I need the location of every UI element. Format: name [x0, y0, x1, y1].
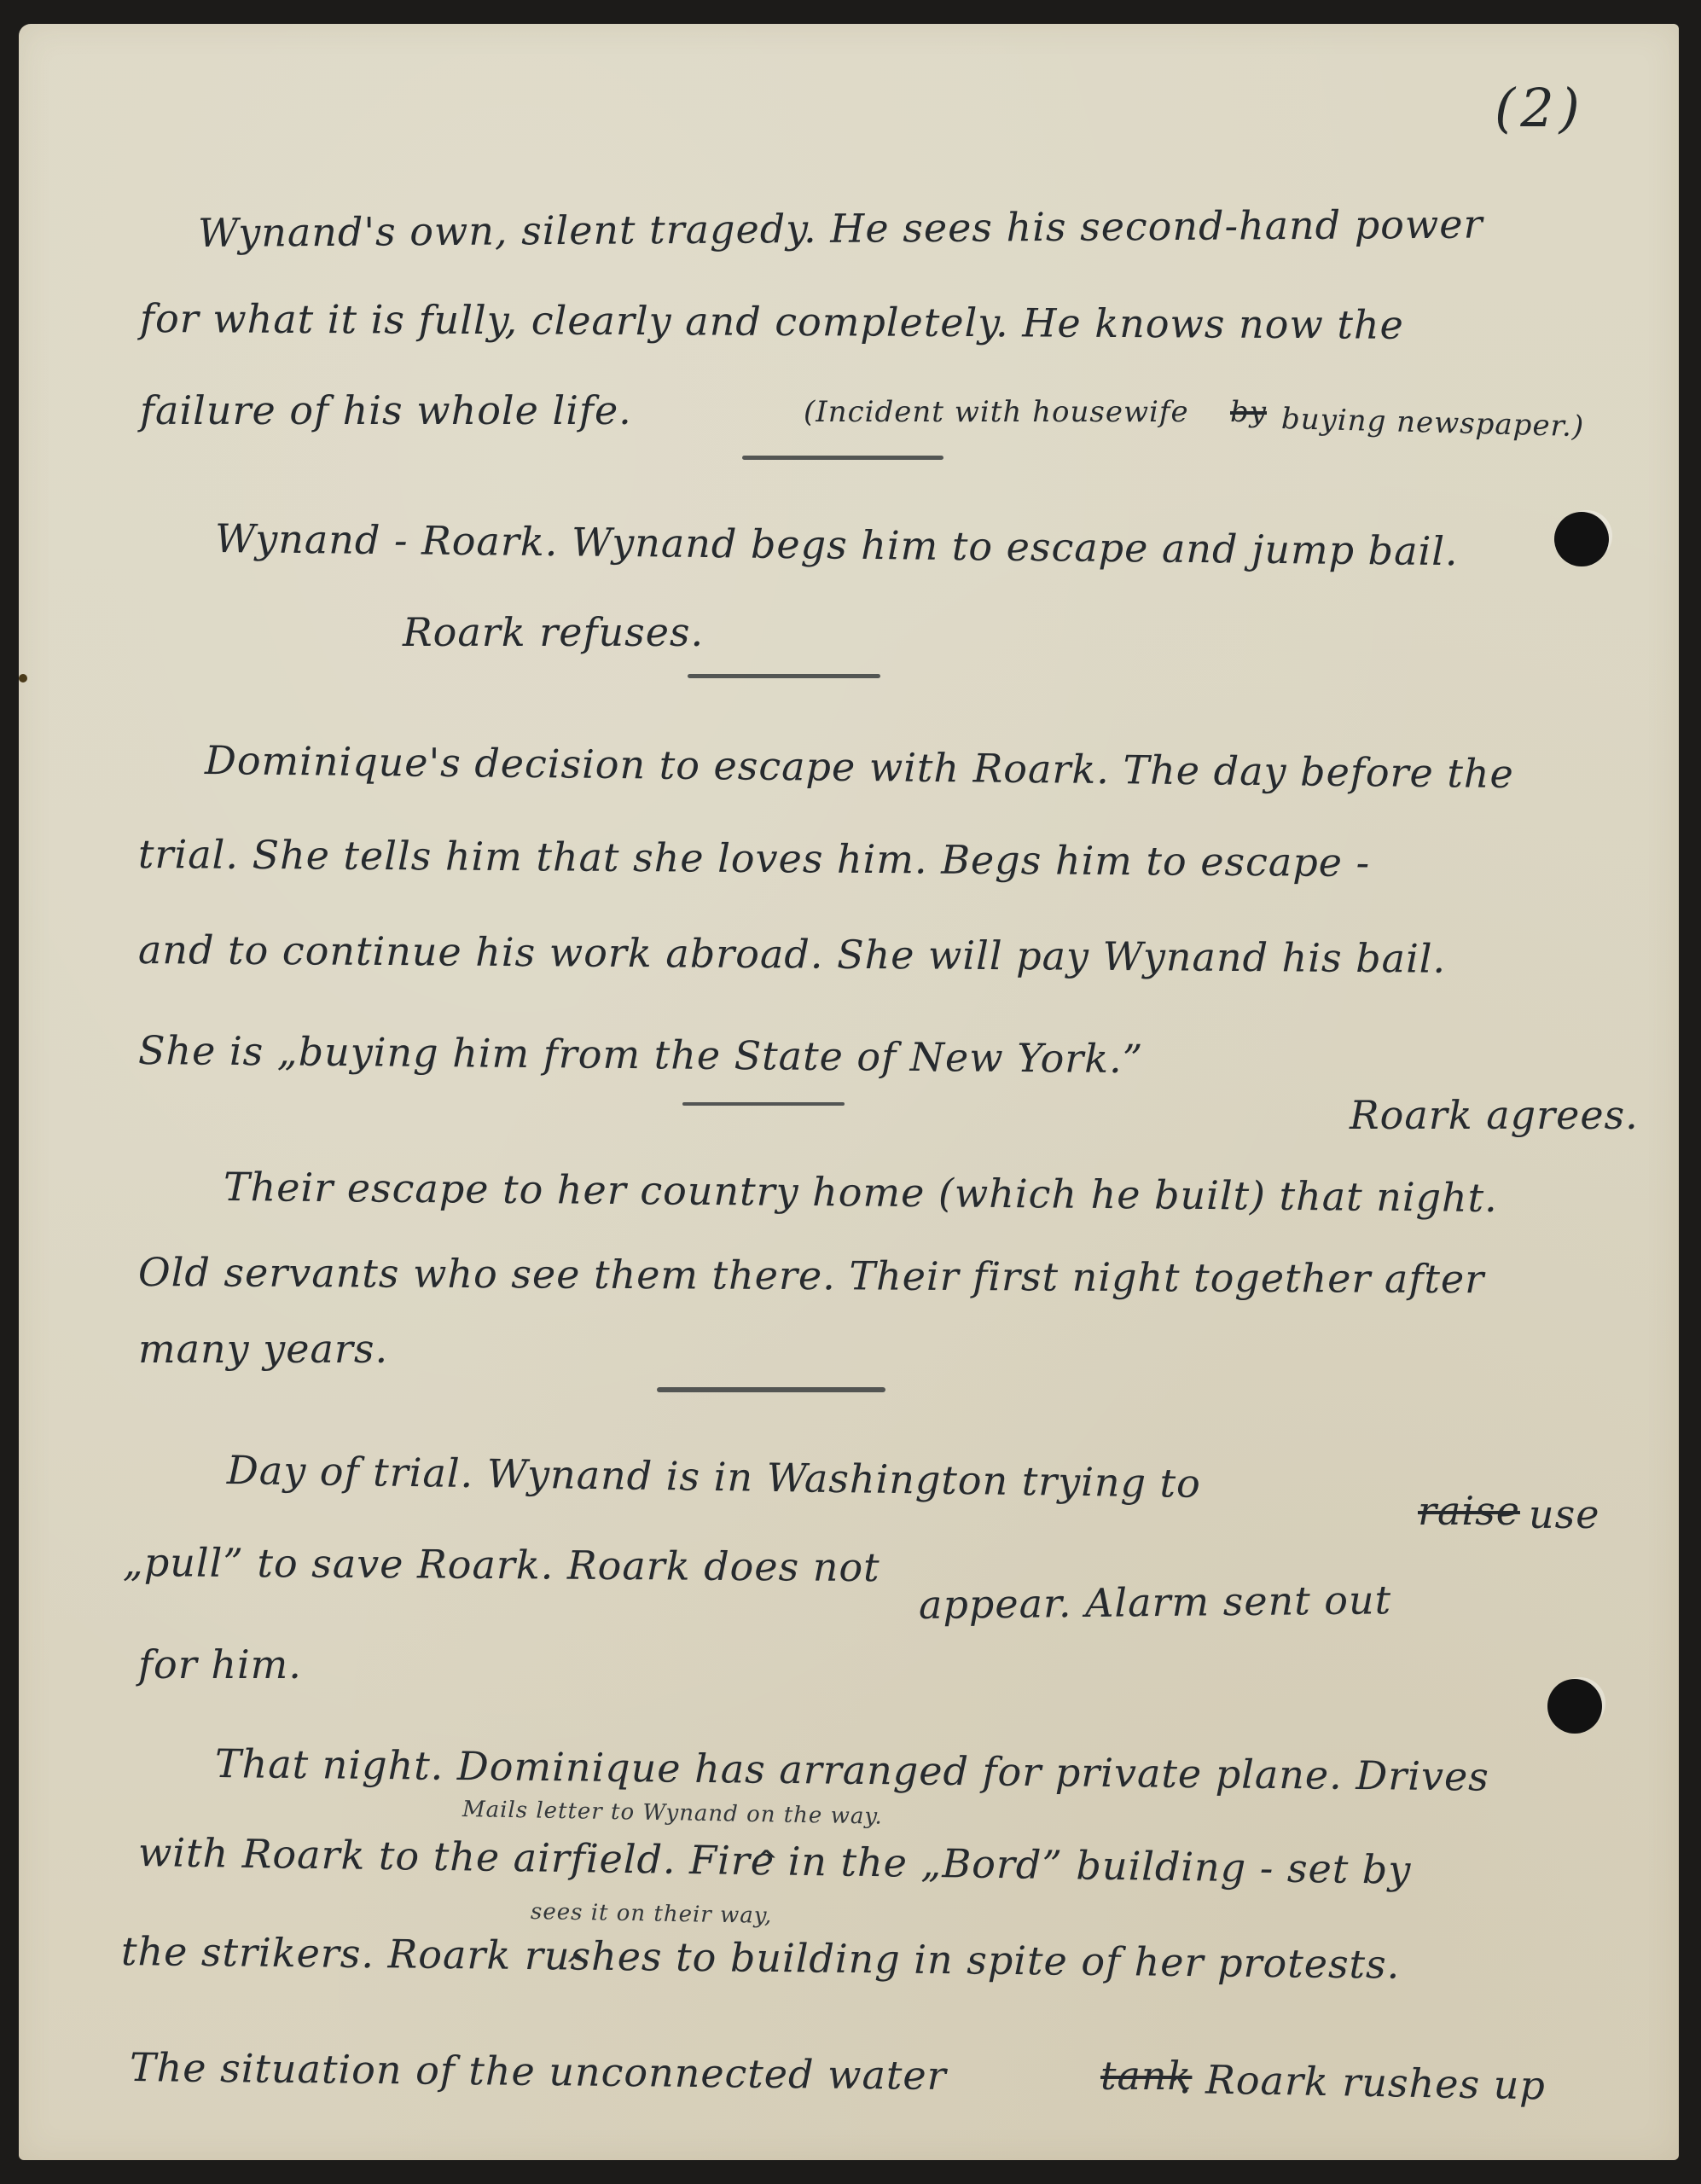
- note-buying-newspaper: buying newspaper.): [1281, 404, 1585, 441]
- section-divider-4: [657, 1387, 885, 1392]
- line-wynand-roark: Wynand - Roark. Wynand begs him to escap…: [215, 519, 1459, 571]
- line-dominique-decision: Dominique's decision to escape with Roar…: [205, 741, 1514, 793]
- punch-hole-upper: [1554, 512, 1609, 566]
- line-continue-work: and to continue his work abroad. She wil…: [138, 930, 1446, 979]
- line-their-escape: Their escape to her country home (which …: [224, 1167, 1498, 1217]
- line-for-what-it-is: for what it is fully, clearly and comple…: [140, 299, 1404, 345]
- page-number: (2): [1495, 77, 1585, 139]
- struck-word-raise: raise: [1418, 1491, 1520, 1531]
- line-wynand-tragedy: Wynand's own, silent tragedy. He sees hi…: [198, 204, 1483, 253]
- insertion-mails-letter: Mails letter to Wynand on the way.: [462, 1798, 883, 1828]
- manuscript-page: (2) Wynand's own, silent tragedy. He see…: [19, 24, 1679, 2160]
- ink-speck: [19, 674, 27, 682]
- punch-hole-lower: [1547, 1679, 1602, 1734]
- line-old-servants: Old servants who see them there. Their f…: [138, 1252, 1484, 1298]
- line-failure: failure of his whole life.: [140, 391, 632, 430]
- section-divider-3: [682, 1102, 845, 1106]
- line-appear-alarm: appear. Alarm sent out: [919, 1580, 1392, 1624]
- insertion-caret-2: ^: [565, 1949, 589, 1983]
- line-trial-loves: trial. She tells him that she loves him.…: [138, 834, 1370, 882]
- note-incident: (Incident with housewife: [804, 398, 1189, 427]
- line-pull-to-save: „pull” to save Roark. Roark does not: [123, 1542, 880, 1587]
- line-for-him: for him.: [138, 1645, 302, 1684]
- insertion-sees-it: sees it on their way,: [531, 1901, 773, 1927]
- line-many-years: many years.: [138, 1329, 388, 1368]
- section-divider-2: [688, 674, 880, 678]
- insertion-caret-1: ^: [754, 1844, 779, 1879]
- word-use: use: [1529, 1495, 1599, 1534]
- line-that-night: That night. Dominique has arranged for p…: [215, 1744, 1489, 1797]
- line-day-of-trial: Day of trial. Wynand is in Washington tr…: [227, 1450, 1201, 1503]
- section-divider-1: [742, 456, 943, 460]
- line-roark-agrees: Roark agrees.: [1350, 1095, 1639, 1135]
- line-the-situation: The situation of the unconnected water: [130, 2047, 947, 2095]
- line-buying-him: She is „buying him from the State of New…: [138, 1031, 1144, 1078]
- line-roark-refuses: Roark refuses.: [403, 613, 704, 652]
- line-roark-rushes-up: . Roark rushes up: [1179, 2059, 1547, 2105]
- struck-word-by: by: [1230, 398, 1267, 427]
- line-the-strikers: the strikers. Roark rushes to building i…: [121, 1931, 1401, 1984]
